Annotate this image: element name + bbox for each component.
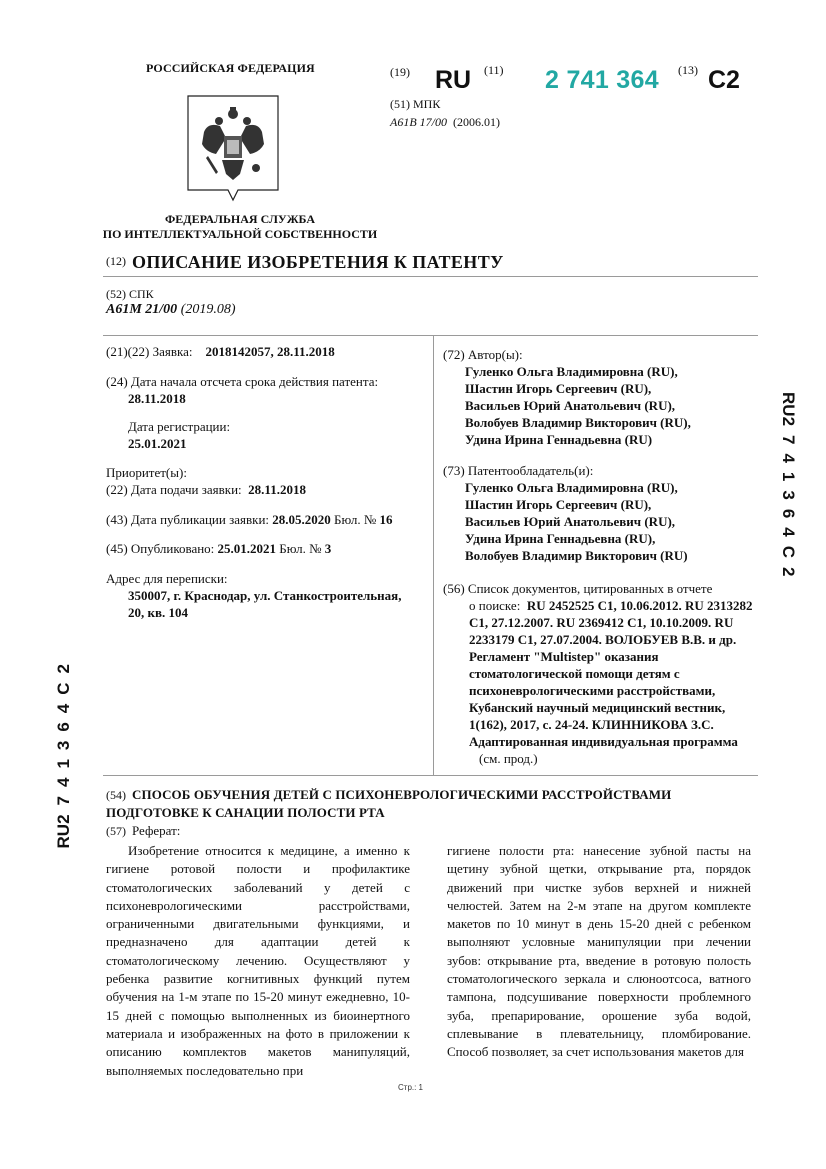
spk-value: A61M 21/00 (2019.08): [106, 302, 236, 318]
address-field: Адрес для переписки: 350007, г. Краснода…: [106, 570, 401, 621]
spk-class: A61M 21/00: [106, 302, 177, 317]
holder-item: Удина Ирина Геннадьевна (RU),: [443, 530, 688, 547]
author-item: Волобуев Владимир Викторович (RU),: [443, 414, 691, 431]
side-right-number: 2741364: [779, 417, 798, 546]
title-text: ОПИСАНИЕ ИЗОБРЕТЕНИЯ К ПАТЕНТУ: [132, 252, 504, 272]
term-start-label: (24) Дата начала отсчета срока действия …: [106, 373, 378, 390]
abstract-column-1: Изобретение относится к медицине, а имен…: [106, 842, 410, 1080]
side-left-text: RU2741364C2: [44, 655, 84, 848]
side-left-number: 2741364: [54, 695, 73, 824]
abstract-heading: (57)Реферат:: [106, 823, 180, 839]
author-item: Васильев Юрий Анатольевич (RU),: [443, 397, 691, 414]
published-field: (45) Опубликовано: 25.01.2021 Бюл. № 3: [106, 540, 331, 557]
published-bul-num: 3: [325, 541, 332, 556]
document-title: (12)ОПИСАНИЕ ИЗОБРЕТЕНИЯ К ПАТЕНТУ: [106, 252, 504, 273]
pub-app-value: 28.05.2020: [272, 512, 331, 527]
abstract-label: Реферат:: [132, 823, 180, 838]
side-right-ru: RU: [779, 392, 798, 417]
application-label: (21)(22) Заявка:: [106, 344, 192, 359]
cited-continued: (см. прод.): [443, 750, 763, 767]
address-line-1: 350007, г. Краснодар, ул. Станкостроител…: [106, 587, 401, 604]
divider: [103, 775, 758, 776]
invention-title: (54)СПОСОБ ОБУЧЕНИЯ ДЕТЕЙ С ПСИХОНЕВРОЛО…: [106, 786, 766, 821]
holder-item: Васильев Юрий Анатольевич (RU),: [443, 513, 688, 530]
mpk-label: (51) МПК: [390, 97, 440, 112]
page-number: Стр.: 1: [398, 1083, 423, 1092]
side-left-kind: C2: [54, 655, 73, 695]
code-13: (13): [678, 63, 698, 78]
column-divider: [433, 336, 434, 776]
author-item: Гуленко Ольга Владимировна (RU),: [443, 363, 691, 380]
mpk-date: (2006.01): [453, 115, 500, 129]
mpk-value: A61B 17/00(2006.01): [390, 115, 500, 130]
agency-name: ФЕДЕРАЛЬНАЯ СЛУЖБА ПО ИНТЕЛЛЕКТУАЛЬНОЙ С…: [85, 212, 395, 242]
abstract-code: (57): [106, 824, 126, 838]
registration-value: 25.01.2021: [128, 435, 230, 452]
filing-value: 28.11.2018: [248, 482, 306, 497]
term-start-value: 28.11.2018: [106, 390, 378, 407]
pub-app-bul-num: 16: [380, 512, 393, 527]
spk-label: (52) СПК: [106, 287, 154, 302]
agency-line-1: ФЕДЕРАЛЬНАЯ СЛУЖБА: [85, 212, 395, 227]
side-right-text: RU2741364C2: [768, 392, 808, 585]
filing-label: (22) Дата подачи заявки:: [106, 482, 242, 497]
side-left-ru: RU: [54, 824, 73, 849]
published-bul: Бюл. №: [279, 541, 321, 556]
side-right-kind: C2: [779, 546, 798, 586]
priority-field: Приоритет(ы): (22) Дата подачи заявки: 2…: [106, 464, 306, 498]
address-label: Адрес для переписки:: [106, 570, 401, 587]
patent-number: 2 741 364: [545, 66, 659, 95]
spk-date: (2019.08): [181, 302, 236, 317]
application-value: 2018142057, 28.11.2018: [205, 344, 334, 359]
holder-item: Шастин Игорь Сергеевич (RU),: [443, 496, 688, 513]
registration-field: Дата регистрации: 25.01.2021: [128, 418, 230, 452]
author-item: Удина Ирина Геннадьевна (RU): [443, 431, 691, 448]
pub-app-bul: Бюл. №: [334, 512, 376, 527]
country-name: РОССИЙСКАЯ ФЕДЕРАЦИЯ: [146, 61, 315, 76]
invention-title-text: СПОСОБ ОБУЧЕНИЯ ДЕТЕЙ С ПСИХОНЕВРОЛОГИЧЕ…: [106, 787, 671, 820]
author-item: Шастин Игорь Сергеевич (RU),: [443, 380, 691, 397]
authors-label: (72) Автор(ы):: [443, 346, 691, 363]
agency-line-2: ПО ИНТЕЛЛЕКТУАЛЬНОЙ СОБСТВЕННОСТИ: [85, 227, 395, 242]
divider: [103, 276, 758, 277]
registration-label: Дата регистрации:: [128, 418, 230, 435]
code-11: (11): [484, 63, 504, 78]
published-label: (45) Опубликовано:: [106, 541, 214, 556]
title-code: (12): [106, 254, 126, 268]
holder-item: Волобуев Владимир Викторович (RU): [443, 547, 688, 564]
side-label-right: RU2741364C2: [768, 392, 798, 585]
cited-documents: (56) Список документов, цитированных в о…: [443, 580, 763, 767]
mpk-class: A61B 17/00: [390, 115, 447, 129]
cited-label: (56) Список документов, цитированных в о…: [443, 580, 763, 597]
cited-prefix: о поиске:: [469, 598, 520, 613]
abstract-column-2: гигиене полости рта: нанесение зубной па…: [447, 842, 751, 1062]
authors-field: (72) Автор(ы): Гуленко Ольга Владимировн…: [443, 346, 691, 448]
application-field: (21)(22) Заявка: 2018142057, 28.11.2018: [106, 343, 335, 360]
country-code: RU: [435, 66, 471, 95]
pub-app-label: (43) Дата публикации заявки:: [106, 512, 269, 527]
coat-of-arms-icon: [186, 94, 280, 204]
cited-body: RU 2452525 C1, 10.06.2012. RU 2313282 C1…: [469, 598, 753, 749]
side-label-left: RU2741364C2: [44, 655, 74, 848]
published-value: 25.01.2021: [218, 541, 277, 556]
term-start-field: (24) Дата начала отсчета срока действия …: [106, 373, 378, 407]
address-line-2: 20, кв. 104: [106, 604, 401, 621]
priority-label: Приоритет(ы):: [106, 464, 306, 481]
kind-code: C2: [708, 66, 740, 95]
divider: [103, 335, 758, 336]
holders-label: (73) Патентообладатель(и):: [443, 462, 688, 479]
invention-code: (54): [106, 788, 126, 802]
holders-field: (73) Патентообладатель(и): Гуленко Ольга…: [443, 462, 688, 564]
code-19: (19): [390, 65, 410, 80]
pub-app-field: (43) Дата публикации заявки: 28.05.2020 …: [106, 511, 393, 528]
holder-item: Гуленко Ольга Владимировна (RU),: [443, 479, 688, 496]
